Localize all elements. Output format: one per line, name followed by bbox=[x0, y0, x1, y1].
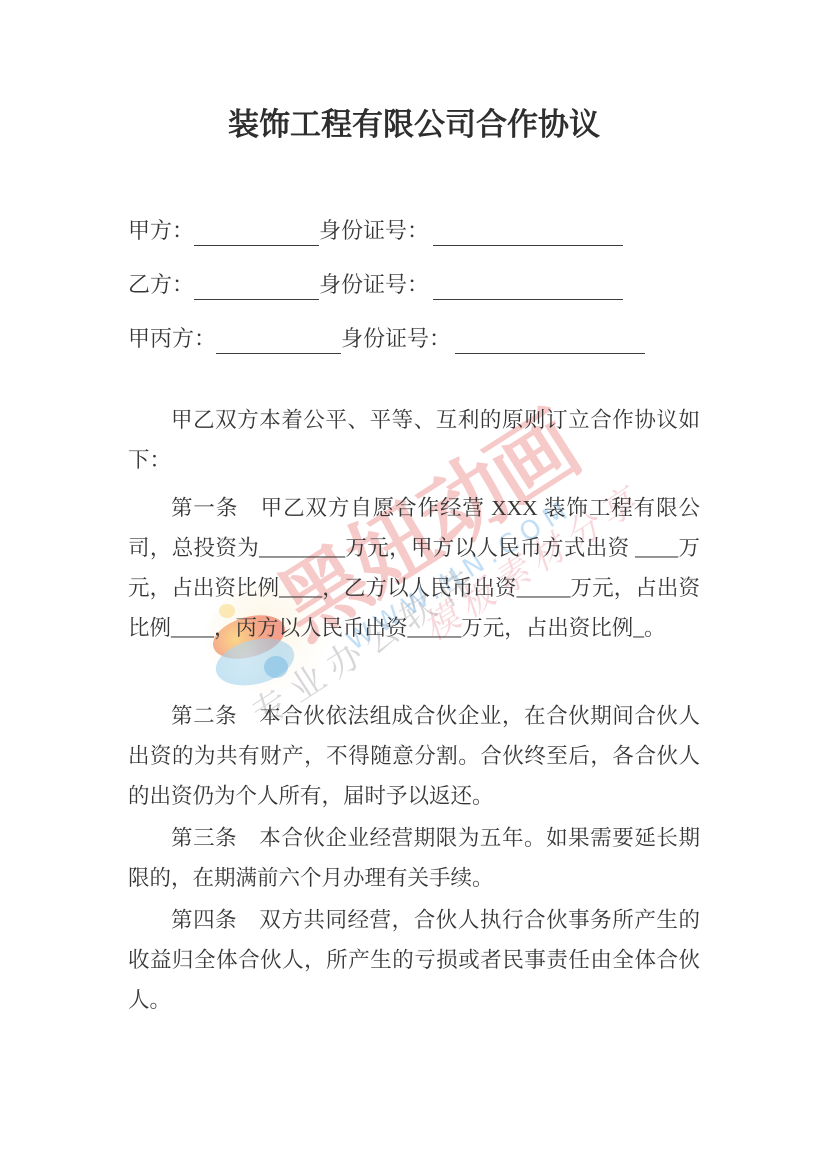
id-number-blank-line bbox=[433, 273, 623, 300]
paragraph-clause-3: 第三条 本合伙企业经营期限为五年。如果需要延长期限的，在期满前六个月办理有关手续… bbox=[128, 818, 700, 898]
document-content: 装饰工程有限公司合作协议 甲方： 身份证号： 乙方： 身份证号： 甲丙方： 身份… bbox=[128, 0, 700, 1020]
party-row-jiabingfang: 甲丙方： 身份证号： bbox=[128, 300, 700, 354]
party-row-jiafang: 甲方： 身份证号： bbox=[128, 192, 700, 246]
party-label: 甲丙方： bbox=[128, 324, 216, 354]
paragraph-clause-1: 第一条 甲乙双方自愿合作经营 XXX 装饰工程有限公司，总投资为________… bbox=[128, 488, 700, 648]
paragraph-intro: 甲乙双方本着公平、平等、互利的原则订立合作协议如下： bbox=[128, 400, 700, 480]
id-label: 身份证号： bbox=[319, 270, 429, 300]
party-name-blank-line bbox=[194, 219, 319, 246]
id-number-blank-line bbox=[455, 327, 645, 354]
party-name-blank-line bbox=[216, 327, 341, 354]
paragraph-clause-2: 第二条 本合伙依法组成合伙企业，在合伙期间合伙人出资的为共有财产，不得随意分割。… bbox=[128, 696, 700, 816]
party-name-blank-line bbox=[194, 273, 319, 300]
document-title: 装饰工程有限公司合作协议 bbox=[128, 0, 700, 148]
party-section: 甲方： 身份证号： 乙方： 身份证号： 甲丙方： 身份证号： bbox=[128, 192, 700, 354]
id-label: 身份证号： bbox=[319, 216, 429, 246]
id-number-blank-line bbox=[433, 219, 623, 246]
party-label: 甲方： bbox=[128, 216, 194, 246]
party-row-yifang: 乙方： 身份证号： bbox=[128, 246, 700, 300]
party-label: 乙方： bbox=[128, 270, 194, 300]
id-label: 身份证号： bbox=[341, 324, 451, 354]
paragraph-clause-4: 第四条 双方共同经营，合伙人执行合伙事务所产生的收益归全体合伙人，所产生的亏损或… bbox=[128, 900, 700, 1020]
document-page: 黑妞动画 WWW.HN.COM 专业办公软件 模板素材分享 装饰工程有限公司合作… bbox=[0, 0, 827, 1169]
